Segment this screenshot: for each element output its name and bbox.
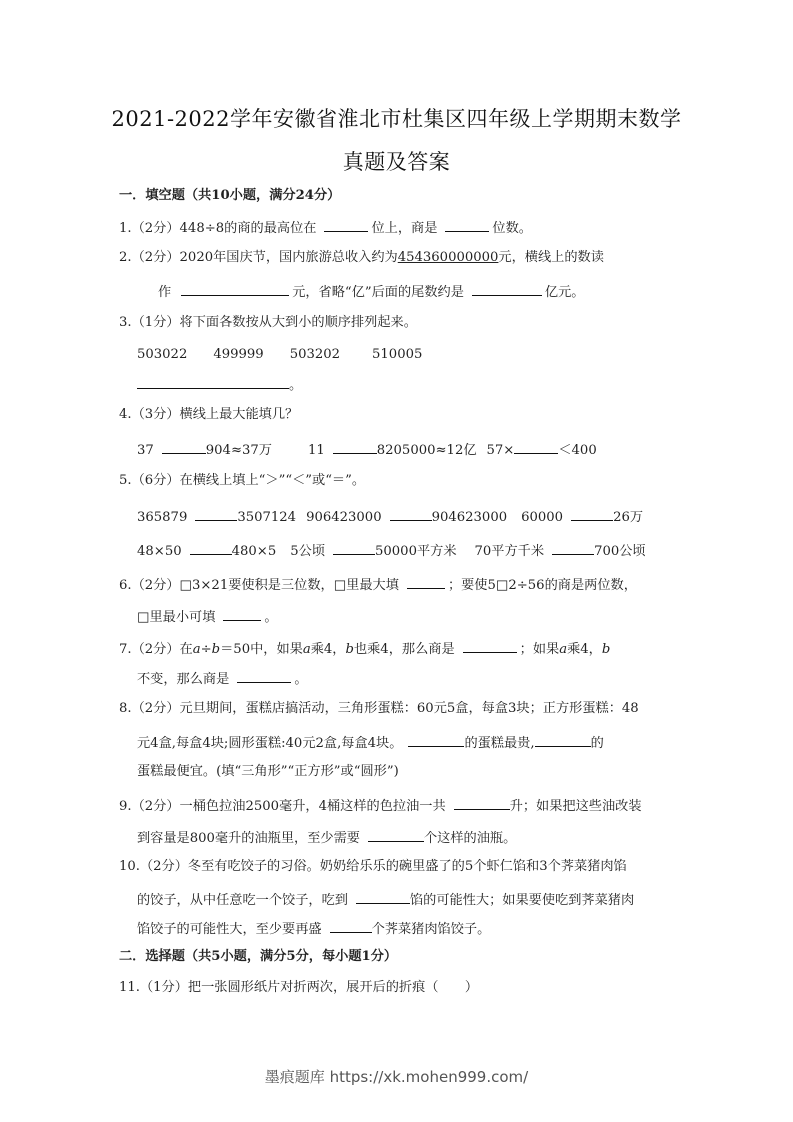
answer-blank[interactable] xyxy=(162,439,206,454)
answer-blank[interactable] xyxy=(463,638,517,653)
question-9-cont: 到容量是800毫升的油瓶里，至少需要个这样的油瓶。 xyxy=(137,827,516,848)
answer-blank[interactable] xyxy=(535,732,591,747)
question-10-cont: 的饺子，从中任意吃一个饺子，吃到馅的可能性大；如果要使吃到荠菜猪肉 xyxy=(137,889,634,910)
question-4: 4.（3分）横线上最大能填几？ xyxy=(119,406,298,424)
doc-title-line1: 2021-2022学年安徽省淮北市杜集区四年级上学期期末数学 xyxy=(0,103,793,133)
question-9: 9.（2分）一桶色拉油2500毫升，4桶这样的色拉油一共升；如果把这些油改装 xyxy=(119,795,642,816)
question-5: 5.（6分）在横线上填上“＞”“＜”或“＝”。 xyxy=(119,472,365,490)
answer-blank[interactable] xyxy=(330,918,372,933)
question-6-cont: □里最小可填。 xyxy=(137,606,278,627)
answer-blank[interactable] xyxy=(514,439,558,454)
answer-blank[interactable] xyxy=(445,217,489,232)
answer-blank[interactable] xyxy=(408,732,464,747)
question-3-answer: 。 xyxy=(137,374,302,395)
answer-blank[interactable] xyxy=(333,439,377,454)
comparison-row-1: 36587935071249064230009046230006000026万 xyxy=(137,506,643,527)
question-10: 10.（2分）冬至有吃饺子的习俗。奶奶给乐乐的碗里盛了的5个虾仁馅和3个荠菜猪肉… xyxy=(119,858,627,876)
question-4-items: 37904≈37万118205000≈12亿57×＜400 xyxy=(137,439,597,460)
answer-blank[interactable] xyxy=(368,827,424,842)
answer-blank[interactable] xyxy=(195,506,237,521)
footer-watermark: 墨痕题库 https://xk.mohen999.com/ xyxy=(0,1066,793,1087)
underlined-number: 454360000000 xyxy=(398,250,499,265)
answer-blank[interactable] xyxy=(571,506,613,521)
answer-blank[interactable] xyxy=(407,574,445,589)
question-11: 11.（1分）把一张圆形纸片对折两次，展开后的折痕（ ） xyxy=(119,979,478,997)
comparison-row-2: 48×50480×55公顷50000平方米70平方千米700公顷 xyxy=(137,540,646,561)
answer-blank[interactable] xyxy=(190,540,232,555)
number-list: 503022499999503202510005 xyxy=(137,346,422,364)
answer-blank[interactable] xyxy=(223,606,261,621)
doc-title-line2: 真题及答案 xyxy=(0,146,793,176)
question-3: 3.（1分）将下面各数按从大到小的顺序排列起来。 xyxy=(119,314,417,332)
question-2: 2.（2分）2020年国庆节，国内旅游总收入约为454360000000作元，横… xyxy=(119,249,604,267)
section-heading-fill-blank: 一．填空题（共10小题，满分24分） xyxy=(119,187,340,205)
answer-blank[interactable] xyxy=(324,217,368,232)
answer-blank[interactable] xyxy=(472,281,542,296)
question-8: 8.（2分）元旦期间，蛋糕店搞活动，三角形蛋糕：60元5盒，每盒3块；正方形蛋糕… xyxy=(119,700,639,718)
answer-blank[interactable] xyxy=(552,540,594,555)
question-1: 1.（2分）448÷8的商的最高位在位上，商是位数。 xyxy=(119,217,532,238)
question-10-cont2: 馅饺子的可能性大，至少要再盛个荠菜猪肉馅饺子。 xyxy=(137,918,490,939)
question-8-cont2: 蛋糕最便宜。(填“三角形”“正方形”或“圆形”) xyxy=(137,763,399,781)
answer-blank[interactable] xyxy=(454,795,510,810)
question-2-cont: 作元，省略“亿”后面的尾数约是亿元。 xyxy=(158,281,584,302)
answer-blank[interactable] xyxy=(333,540,375,555)
question-6: 6.（2分）□3×21要使积是三位数，□里最大填；要使5□2÷56的商是两位数， xyxy=(119,574,637,595)
answer-blank[interactable] xyxy=(356,889,410,904)
question-7-cont: 不变，那么商是。 xyxy=(137,668,308,689)
answer-blank[interactable] xyxy=(181,281,289,296)
question-8-cont: 元4盒,每盒4块;圆形蛋糕:40元2盒,每盒4块。的蛋糕最贵,的 xyxy=(137,732,604,753)
answer-blank[interactable] xyxy=(137,374,289,389)
answer-blank[interactable] xyxy=(390,506,432,521)
question-7: 7.（2分）在a÷b＝50中，如果a乘4，b也乘4，那么商是；如果a乘4，b xyxy=(119,638,610,659)
section-heading-choice: 二．选择题（共5小题，满分5分，每小题1分） xyxy=(119,948,397,966)
answer-blank[interactable] xyxy=(237,668,291,683)
